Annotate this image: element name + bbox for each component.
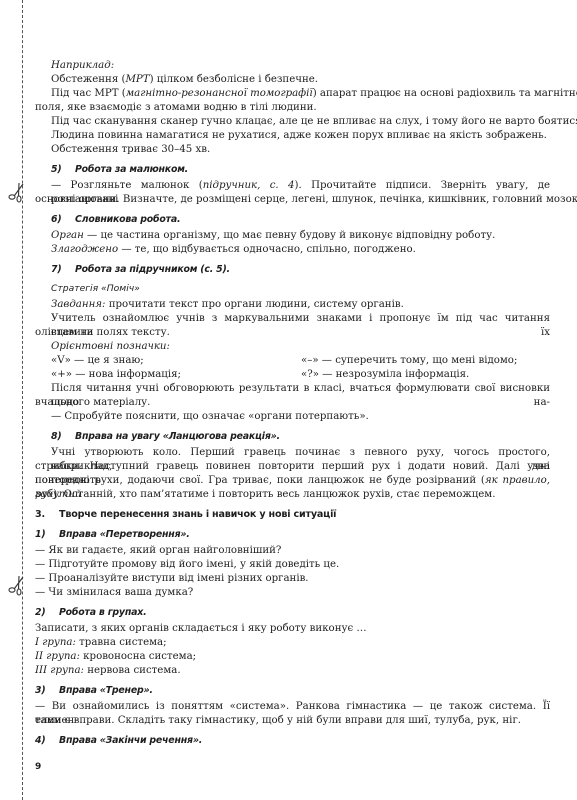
paragraph: тами є вправи. Складіть таку гімнастику,… (35, 714, 521, 728)
definition: Орган — це частина організму, що має пев… (51, 229, 495, 243)
group-item: I група: травна система; (35, 636, 167, 650)
paragraph: основні органи. Визначте, де розміщені с… (35, 193, 550, 207)
paragraph: вчального матеріалу. (35, 396, 550, 410)
list-item: — Підготуйте промову від його імені, у я… (35, 558, 339, 572)
heading-s5: 5)Робота за малюнком. (51, 163, 188, 177)
heading-e4: 4)Вправа «Закінчи речення». (35, 734, 202, 748)
page-number: 9 (35, 762, 41, 772)
heading-s8: 8)Вправа на увагу «Ланцюгова реакція». (51, 430, 280, 444)
list-item: — Як ви гадаєте, який орган найголовніши… (35, 544, 281, 558)
marks-row: «V» — це я знаю;«–» — суперечить тому, щ… (51, 354, 550, 368)
marks-label: Орієнтовні позначки: (51, 340, 170, 354)
heading-e3: 3)Вправа «Тренер». (35, 684, 153, 698)
heading-e2: 2)Робота в групах. (35, 606, 146, 620)
heading-e1: 1)Вправа «Перетворення». (35, 528, 190, 542)
paragraph: олівцем на полях тексту. (35, 326, 550, 340)
paragraph: — Спробуйте пояснити, що означає «органи… (51, 410, 369, 424)
scissors-icon (6, 182, 26, 204)
heading-s7: 7)Робота за підручником (с. 5). (51, 263, 230, 277)
heading-s6: 6)Словникова робота. (51, 213, 180, 227)
example-line: Обстеження (МРТ) цілком безболісне і без… (51, 73, 318, 87)
example-line: Під час сканування сканер гучно клацає, … (51, 115, 577, 129)
paragraph: Записати, з яких органів складається і я… (35, 622, 367, 636)
definition: Злагоджено — те, що відбувається одночас… (51, 243, 416, 257)
list-item: — Проаналізуйте виступи від імені різних… (35, 572, 309, 586)
section-heading: 3.Творче перенесення знань і навичок у н… (35, 508, 336, 522)
example-line: поля, яке взаємодіє з атомами водню в ті… (35, 101, 550, 115)
group-item: II група: кровоносна система; (35, 650, 196, 664)
paragraph: Завдання: прочитати текст про органи люд… (51, 298, 404, 312)
scissors-icon (6, 575, 26, 597)
paragraph: рух). Останній, хто пам’ятатиме і повтор… (35, 488, 550, 502)
example-line: Обстеження триває 30–45 хв. (51, 143, 210, 157)
example-label: Наприклад: (51, 59, 114, 73)
group-item: III група: нервова система. (35, 664, 181, 678)
example-line: Людина повинна намагатися не рухатися, а… (51, 129, 547, 143)
marks-row: «+» — нова інформація;«?» — незрозуміла … (51, 368, 550, 382)
example-line: Під час МРТ (магнітно-резонансної томогр… (51, 87, 577, 101)
list-item: — Чи змінилася ваша думка? (35, 586, 193, 600)
cut-line (22, 0, 23, 800)
strategy-label: Стратегія «Поміч» (51, 282, 140, 296)
